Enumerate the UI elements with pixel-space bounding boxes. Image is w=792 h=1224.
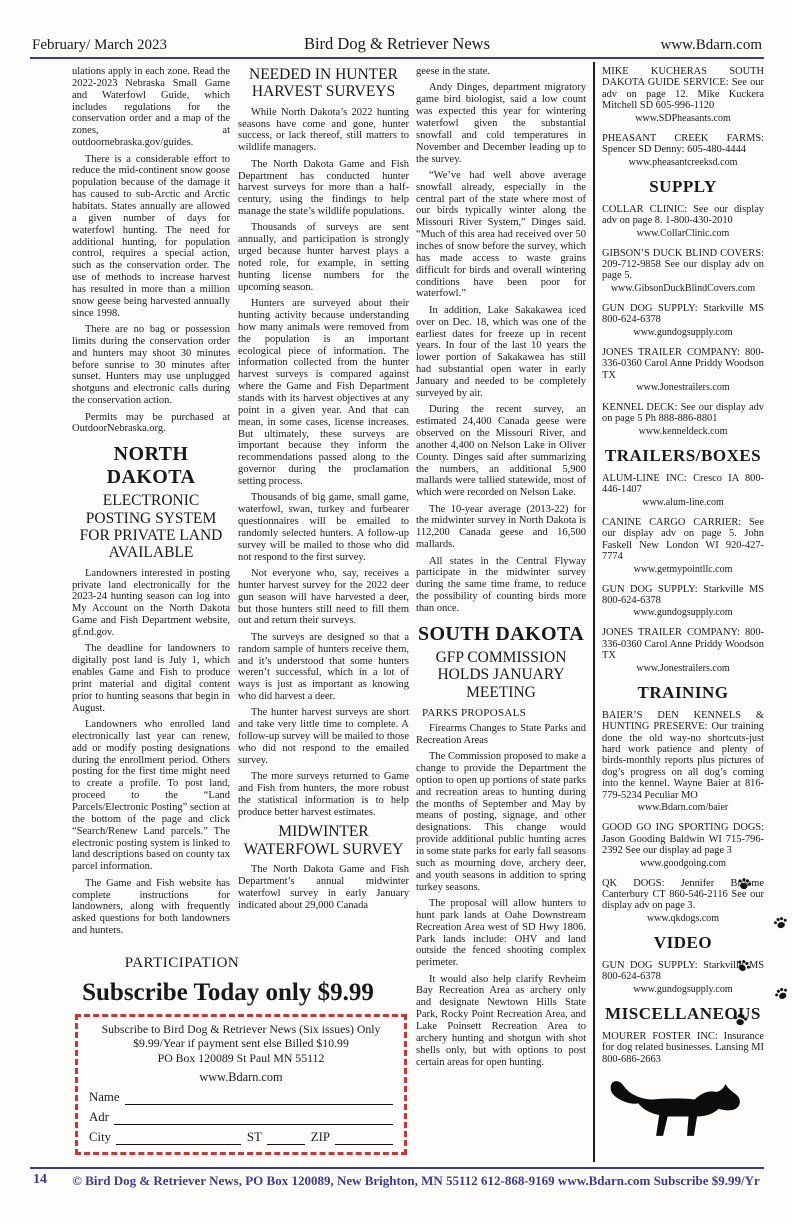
address-label: Adr: [89, 1110, 109, 1125]
issue-date: February/ March 2023: [32, 37, 232, 54]
classified-ad: COLLAR CLINIC: See our display adv on pa…: [602, 204, 764, 227]
subscribe-website: www.Bdarn.com: [89, 1070, 393, 1085]
paw-print-icon: [771, 913, 789, 931]
classified-ad-url: www.goodgoing.com: [602, 858, 764, 869]
classified-ad: JONES TRAILER COMPANY: 800-336-0360 Caro…: [602, 347, 764, 381]
article-paragraph: There is a considerable effort to reduce…: [72, 154, 230, 320]
address-write-in-line: [114, 1111, 393, 1125]
article-paragraph: It would also help clarify Revheim Bay R…: [416, 974, 586, 1069]
classified-ad: KENNEL DECK: See our display adv on page…: [602, 402, 764, 425]
category-heading-training: TRAINING: [602, 683, 764, 703]
classified-ad: PHEASANT CREEK FARMS: Spencer SD Denny: …: [602, 133, 764, 156]
city-write-in-line: [116, 1131, 241, 1145]
classified-ad-url: www.kenneldeck.com: [602, 426, 764, 437]
article-paragraph: “We’ve had well above average snowfall a…: [416, 170, 586, 300]
category-heading-trailers-boxes: TRAILERS/BOXES: [602, 446, 764, 466]
article-heading-gfp-commission: GFP COMMISSION HOLDS JANUARY MEETING: [416, 649, 586, 701]
article-paragraph: The hunter harvest surveys are short and…: [238, 707, 409, 766]
column-divider: [593, 62, 595, 1162]
article-paragraph: The deadline for landowners to digitally…: [72, 643, 230, 714]
subscribe-headline: Subscribe Today only $9.99: [70, 979, 386, 1007]
article-paragraph: Landowners interested in posting private…: [72, 568, 230, 639]
header-rule: [30, 57, 764, 59]
page-number: 14: [33, 1172, 47, 1188]
participation-heading: PARTICIPATION: [73, 955, 291, 972]
classified-ad-url: www.CollarClinic.com: [602, 228, 764, 239]
article-paragraph: The more surveys returned to Game and Fi…: [238, 771, 409, 818]
classified-ad: MOURER FOSTER INC: Insurance for dog rel…: [602, 1031, 764, 1065]
column-2: NEEDED IN HUNTER HARVEST SURVEYS While N…: [238, 66, 409, 1026]
classified-ad: GOOD GO ING SPORTING DOGS: Jason Gooding…: [602, 822, 764, 856]
classifieds-column: MIKE KUCHERAS SOUTH DAKOTA GUIDE SERVICE…: [602, 66, 764, 1164]
subscribe-line-3: PO Box 120089 St Paul MN 55112: [89, 1051, 393, 1065]
classified-ad-url: www.Jonestrailers.com: [602, 663, 764, 674]
publication-title: Bird Dog & Retriever News: [232, 34, 562, 54]
article-paragraph: The North Dakota Game and Fish Departmen…: [238, 864, 409, 911]
name-field-row: Name: [89, 1090, 393, 1105]
article-paragraph: Landowners who enrolled land electronica…: [72, 719, 230, 873]
classified-ad: JONES TRAILER COMPANY: 800-336-0360 Caro…: [602, 627, 764, 661]
article-paragraph: Andy Dinges, department migratory game b…: [416, 82, 586, 165]
subheading-parks-proposals: PARKS PROPOSALS: [416, 707, 586, 719]
article-paragraph: While North Dakota’s 2022 hunting season…: [238, 107, 409, 154]
classified-ad-url: www.gundogsupply.com: [602, 607, 764, 618]
article-paragraph: The Commission proposed to make a change…: [416, 751, 586, 893]
article-paragraph: In addition, Lake Sakakawea iced over on…: [416, 305, 586, 400]
article-paragraph: Firearms Changes to State Parks and Recr…: [416, 723, 586, 747]
article-heading-electronic-posting: ELECTRONIC POSTING SYSTEM FOR PRIVATE LA…: [72, 492, 230, 561]
article-paragraph: The Game and Fish website has complete i…: [72, 878, 230, 937]
classified-ad-url: www.Bdarn.com/baier: [602, 802, 764, 813]
classified-ad-url: www.getmypointllc.com: [602, 564, 764, 575]
dog-silhouette-icon: [602, 1069, 764, 1152]
article-paragraph: All states in the Central Flyway partici…: [416, 556, 586, 615]
article-paragraph: The North Dakota Game and Fish Departmen…: [238, 159, 409, 218]
page-header: February/ March 2023 Bird Dog & Retrieve…: [32, 34, 762, 54]
state-write-in-line: [267, 1131, 305, 1145]
paw-print-icon: [732, 1011, 749, 1028]
paw-print-icon: [771, 983, 791, 1003]
state-heading-south-dakota: SOUTH DAKOTA: [416, 623, 586, 646]
subscribe-line-2: $9.99/Year if payment sent else Billed $…: [89, 1036, 393, 1050]
article-paragraph: There are no bag or possession limits du…: [72, 324, 230, 407]
classified-ad: MIKE KUCHERAS SOUTH DAKOTA GUIDE SERVICE…: [602, 66, 764, 112]
article-heading-hunter-harvest-surveys: NEEDED IN HUNTER HARVEST SURVEYS: [238, 66, 409, 101]
classified-ad: CANINE CARGO CARRIER: See our display ad…: [602, 517, 764, 563]
classified-ad: BAIER’S DEN KENNELS & HUNTING PRESERVE: …: [602, 710, 764, 802]
zip-write-in-line: [335, 1131, 393, 1145]
article-paragraph: The 10-year average (2013-22) for the mi…: [416, 504, 586, 551]
classified-ad-url: www.alum-line.com: [602, 497, 764, 508]
zip-label: ZIP: [311, 1130, 330, 1145]
classified-ad: ALUM-LINE INC: Cresco IA 800-446-1407: [602, 473, 764, 496]
classified-ad-url: www.GibsonDuckBlindCovers.com: [602, 283, 764, 294]
newspaper-page: February/ March 2023 Bird Dog & Retrieve…: [0, 0, 792, 1224]
state-heading-north-dakota: NORTH DAKOTA: [72, 443, 230, 489]
classified-ad: GUN DOG SUPPLY: Starkville MS 800-624-63…: [602, 303, 764, 326]
article-paragraph: Not everyone who, say, receives a hunter…: [238, 568, 409, 627]
article-paragraph: Permits may be purchased at OutdoorNebra…: [72, 412, 230, 436]
address-field-row: Adr: [89, 1110, 393, 1125]
subscription-coupon: Subscribe to Bird Dog & Retriever News (…: [75, 1014, 407, 1155]
classified-ad-url: www.gundogsupply.com: [602, 327, 764, 338]
footer-text: © Bird Dog & Retriever News, PO Box 1200…: [60, 1173, 772, 1189]
name-label: Name: [89, 1090, 120, 1105]
article-paragraph: The surveys are designed so that a rando…: [238, 632, 409, 703]
category-heading-supply: SUPPLY: [602, 177, 764, 197]
city-state-zip-row: City ST ZIP: [89, 1130, 393, 1145]
footer-rule: [30, 1167, 764, 1169]
classified-ad: GUN DOG SUPPLY: Starkville MS 800-624-63…: [602, 584, 764, 607]
city-label: City: [89, 1130, 111, 1145]
subscribe-line-1: Subscribe to Bird Dog & Retriever News (…: [89, 1022, 393, 1036]
article-heading-midwinter-waterfowl-survey: MIDWINTER WATERFOWL SURVEY: [238, 823, 409, 858]
classified-ad-url: www.qkdogs.com: [602, 913, 764, 924]
classified-ad: GIBSON’S DUCK BLIND COVERS: 209-712-9858…: [602, 248, 764, 282]
category-heading-video: VIDEO: [602, 933, 764, 953]
article-paragraph: Hunters are surveyed about their hunting…: [238, 298, 409, 488]
article-paragraph: Thousands of big game, small game, water…: [238, 492, 409, 563]
article-paragraph: geese in the state.: [416, 66, 586, 78]
column-3: geese in the state. Andy Dinges, departm…: [416, 66, 586, 1166]
classified-ad-url: www.pheasantcreeksd.com: [602, 157, 764, 168]
article-paragraph: The proposal will allow hunters to hunt …: [416, 898, 586, 969]
article-paragraph: Thousands of surveys are sent annually, …: [238, 222, 409, 293]
article-paragraph: ulations apply in each zone. Read the 20…: [72, 66, 230, 149]
name-write-in-line: [125, 1091, 393, 1105]
classified-ad-url: www.Jonestrailers.com: [602, 382, 764, 393]
column-1: ulations apply in each zone. Read the 20…: [72, 66, 230, 954]
publication-website: www.Bdarn.com: [562, 37, 762, 54]
classified-ad-url: www.SDPheasants.com: [602, 113, 764, 124]
article-paragraph: During the recent survey, an estimated 2…: [416, 404, 586, 499]
state-label: ST: [247, 1130, 262, 1145]
classified-ad-url: www.gundogsupply.com: [602, 984, 764, 995]
